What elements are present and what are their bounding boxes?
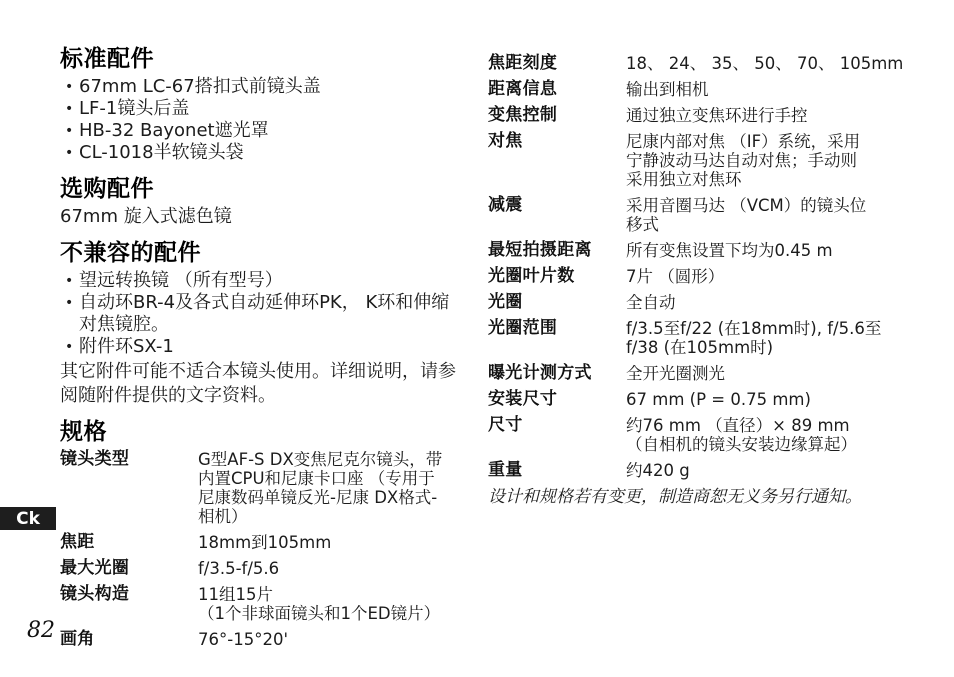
spec-value: 采用音圈马达 （VCM）的镜头位 移式 <box>626 196 944 234</box>
spec-row: 镜头构造 11组15片 （1个非球面镜头和1个ED镜片） <box>60 585 462 623</box>
optional-accessories-text: 67mm 旋入式滤色镜 <box>60 206 462 228</box>
spec-value: 18mm到105mm <box>198 533 462 552</box>
spec-value: 11组15片 （1个非球面镜头和1个ED镜片） <box>198 585 462 623</box>
left-column: 标准配件 67mm LC-67搭扣式前镜头盖 LF-1镜头后盖 HB-32 Ba… <box>60 46 462 656</box>
spec-label: 对焦 <box>488 132 626 151</box>
standard-accessories-list: 67mm LC-67搭扣式前镜头盖 LF-1镜头后盖 HB-32 Bayonet… <box>60 76 462 164</box>
spec-table-left: 镜头类型 G型AF-S DX变焦尼克尔镜头，带 内置CPU和尼康卡口座 （专用于… <box>60 450 462 649</box>
spec-label: 焦距刻度 <box>488 54 626 73</box>
spec-label: 最大光圈 <box>60 559 198 578</box>
spec-row: 焦距刻度 18、 24、 35、 50、 70、 105mm <box>488 54 944 73</box>
spec-row: 画角 76°-15°20' <box>60 630 462 649</box>
spec-value: 全开光圈测光 <box>626 364 944 383</box>
spec-label: 曝光计测方式 <box>488 364 626 383</box>
spec-table-right: 焦距刻度 18、 24、 35、 50、 70、 105mm 距离信息 输出到相… <box>488 54 944 480</box>
spec-row: 重量 约420 g <box>488 461 944 480</box>
list-item: 67mm LC-67搭扣式前镜头盖 <box>60 76 462 98</box>
spec-row: 镜头类型 G型AF-S DX变焦尼克尔镜头，带 内置CPU和尼康卡口座 （专用于… <box>60 450 462 526</box>
spec-row: 光圈叶片数 7片 （圆形） <box>488 267 944 286</box>
list-item: 望远转换镜 （所有型号） <box>60 270 462 292</box>
spec-value: 所有变焦设置下均为0.45 m <box>626 241 944 260</box>
spec-label: 减震 <box>488 196 626 215</box>
spec-value: 通过独立变焦环进行手控 <box>626 106 944 125</box>
spec-label: 焦距 <box>60 533 198 552</box>
spec-label: 最短拍摄距离 <box>488 241 626 260</box>
heading-optional-accessories: 选购配件 <box>60 176 462 203</box>
spec-label: 重量 <box>488 461 626 480</box>
spec-row: 距离信息 输出到相机 <box>488 80 944 99</box>
list-item: HB-32 Bayonet遮光罩 <box>60 120 462 142</box>
spec-row: 对焦 尼康内部对焦 （IF）系统，采用 宁静波动马达自动对焦；手动则 采用独立对… <box>488 132 944 189</box>
spec-value: 7片 （圆形） <box>626 267 944 286</box>
spec-value: 18、 24、 35、 50、 70、 105mm <box>626 54 944 73</box>
heading-specifications: 规格 <box>60 419 462 446</box>
spec-label: 光圈范围 <box>488 319 626 338</box>
incompatible-note: 其它附件可能不适合本镜头使用。详细说明，请参阅随附件提供的文字资料。 <box>60 360 462 407</box>
list-item: 自动环BR-4及各式自动延伸环PK， K环和伸缩对焦镜腔。 <box>60 292 462 336</box>
spec-value: 67 mm (P = 0.75 mm) <box>626 390 944 409</box>
spec-value: 76°-15°20' <box>198 630 462 649</box>
spec-label: 尺寸 <box>488 416 626 435</box>
incompatible-accessories-list: 望远转换镜 （所有型号） 自动环BR-4及各式自动延伸环PK， K环和伸缩对焦镜… <box>60 270 462 358</box>
spec-value: 约420 g <box>626 461 944 480</box>
manual-page: 标准配件 67mm LC-67搭扣式前镜头盖 LF-1镜头后盖 HB-32 Ba… <box>0 0 954 677</box>
spec-value: 全自动 <box>626 293 944 312</box>
spec-label: 变焦控制 <box>488 106 626 125</box>
spec-row: 焦距 18mm到105mm <box>60 533 462 552</box>
spec-row: 减震 采用音圈马达 （VCM）的镜头位 移式 <box>488 196 944 234</box>
spec-value: f/3.5至f/22 (在18mm时), f/5.6至 f/38 (在105mm… <box>626 319 944 357</box>
language-tab-label: Ck <box>16 509 40 529</box>
spec-row: 最短拍摄距离 所有变焦设置下均为0.45 m <box>488 241 944 260</box>
spec-row: 曝光计测方式 全开光圈测光 <box>488 364 944 383</box>
spec-label: 镜头构造 <box>60 585 198 604</box>
spec-label: 光圈叶片数 <box>488 267 626 286</box>
spec-row: 尺寸 约76 mm （直径）× 89 mm （自相机的镜头安装边缘算起） <box>488 416 944 454</box>
list-item: CL-1018半软镜头袋 <box>60 142 462 164</box>
language-tab-ck: Ck <box>0 507 56 530</box>
spec-row: 光圈范围 f/3.5至f/22 (在18mm时), f/5.6至 f/38 (在… <box>488 319 944 357</box>
spec-value: 输出到相机 <box>626 80 944 99</box>
spec-value: f/3.5-f/5.6 <box>198 559 462 578</box>
design-change-disclaimer: 设计和规格若有变更，制造商恕无义务另行通知。 <box>488 487 944 508</box>
spec-value: G型AF-S DX变焦尼克尔镜头，带 内置CPU和尼康卡口座 （专用于 尼康数码… <box>198 450 462 526</box>
heading-incompatible-accessories: 不兼容的配件 <box>60 240 462 267</box>
spec-value: 约76 mm （直径）× 89 mm （自相机的镜头安装边缘算起） <box>626 416 944 454</box>
spec-row: 光圈 全自动 <box>488 293 944 312</box>
list-item: LF-1镜头后盖 <box>60 98 462 120</box>
spec-label: 距离信息 <box>488 80 626 99</box>
spec-label: 画角 <box>60 630 198 649</box>
list-item: 附件环SX-1 <box>60 336 462 358</box>
heading-standard-accessories: 标准配件 <box>60 46 462 73</box>
spec-label: 光圈 <box>488 293 626 312</box>
page-number: 82 <box>27 618 55 643</box>
spec-label: 镜头类型 <box>60 450 198 469</box>
spec-row: 变焦控制 通过独立变焦环进行手控 <box>488 106 944 125</box>
spec-row: 安装尺寸 67 mm (P = 0.75 mm) <box>488 390 944 409</box>
spec-label: 安装尺寸 <box>488 390 626 409</box>
spec-value: 尼康内部对焦 （IF）系统，采用 宁静波动马达自动对焦；手动则 采用独立对焦环 <box>626 132 944 189</box>
spec-row: 最大光圈 f/3.5-f/5.6 <box>60 559 462 578</box>
right-column: 焦距刻度 18、 24、 35、 50、 70、 105mm 距离信息 输出到相… <box>488 50 944 508</box>
